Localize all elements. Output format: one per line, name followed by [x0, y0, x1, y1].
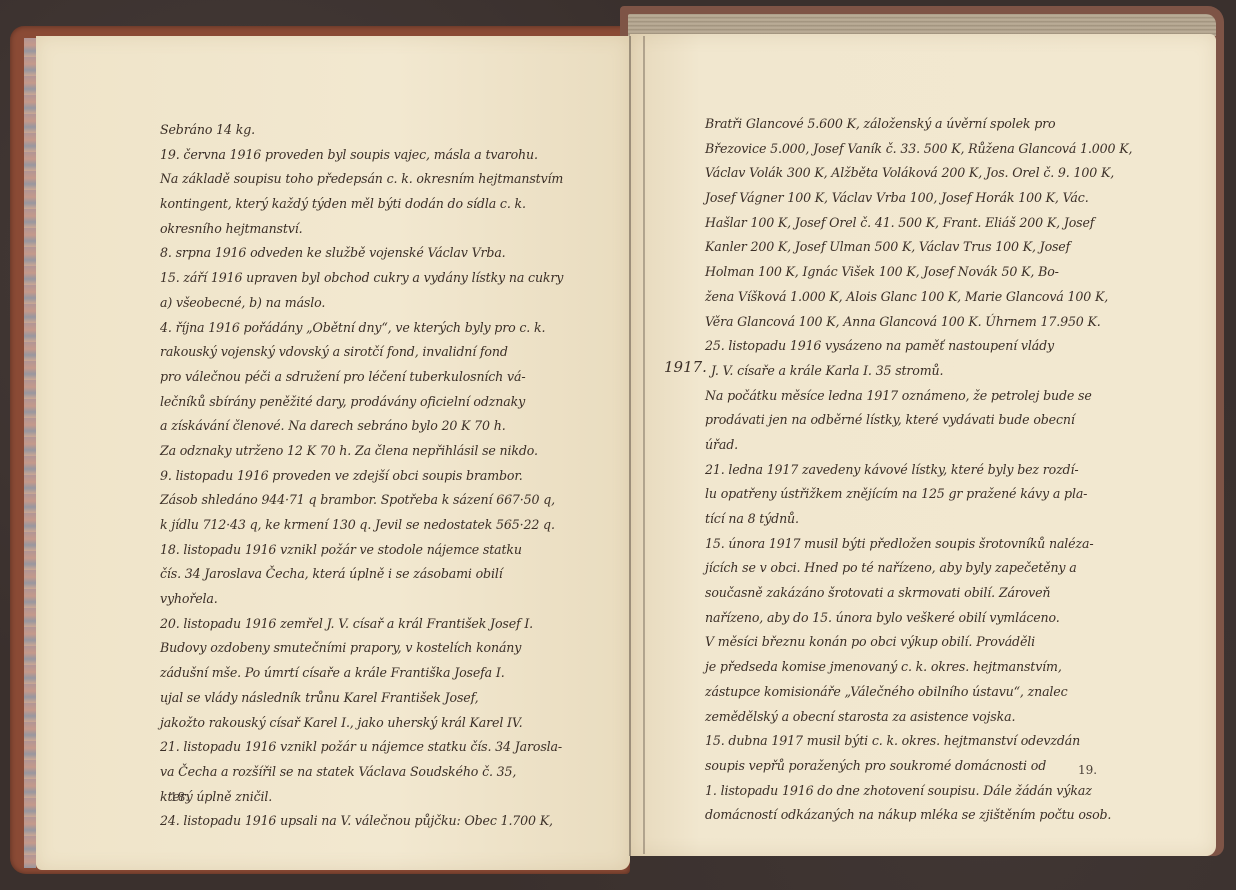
- text-line: ujal se vlády následník trůnu Karel Fran…: [160, 686, 580, 711]
- text-line: 19. června 1916 proveden byl soupis vaje…: [160, 143, 580, 168]
- text-line: J. V. císaře a krále Karla I. 35 stromů.: [705, 359, 1115, 384]
- text-line: čís. 34 Jaroslava Čecha, která úplně i s…: [160, 562, 580, 587]
- text-line: soupis vepřů poražených pro soukromé dom…: [705, 754, 1115, 779]
- text-line: a) všeobecné, b) na máslo.: [160, 291, 580, 316]
- text-line: Na počátku měsíce ledna 1917 oznámeno, ž…: [705, 384, 1115, 409]
- text-line: jících se v obci. Hned po té nařízeno, a…: [705, 556, 1115, 581]
- text-line: Václav Volák 300 K, Alžběta Voláková 200…: [705, 161, 1115, 186]
- gutter-fold-line: [643, 36, 645, 854]
- text-line: Věra Glancová 100 K, Anna Glancová 100 K…: [705, 310, 1115, 335]
- text-line: 20. listopadu 1916 zemřel J. V. císař a …: [160, 612, 580, 637]
- text-line: 15. dubna 1917 musil býti c. k. okres. h…: [705, 729, 1115, 754]
- text-line: Za odznaky utrženo 12 K 70 h. Za člena n…: [160, 439, 580, 464]
- text-line: a získávání členové. Na darech sebráno b…: [160, 414, 580, 439]
- page-number-right: 19.: [1078, 763, 1097, 777]
- text-line: úřad.: [705, 433, 1115, 458]
- text-line: V měsíci březnu konán po obci výkup obil…: [705, 630, 1115, 655]
- text-line: je předseda komise jmenovaný c. k. okres…: [705, 655, 1115, 680]
- text-line: 15. září 1916 upraven byl obchod cukry a…: [160, 266, 580, 291]
- text-line: 25. listopadu 1916 vysázeno na paměť nas…: [705, 334, 1115, 359]
- text-line: Sebráno 14 kg.: [160, 118, 580, 143]
- text-line: Na základě soupisu toho předepsán c. k. …: [160, 167, 580, 192]
- text-line: 4. října 1916 pořádány „Obětní dny“, ve …: [160, 316, 580, 341]
- text-line: Hašlar 100 K, Josef Orel č. 41. 500 K, F…: [705, 211, 1115, 236]
- text-line: Zásob shledáno 944·71 q brambor. Spotřeb…: [160, 488, 580, 513]
- text-line: lu opatřeny ústřižkem znějícím na 125 gr…: [705, 482, 1115, 507]
- text-line: Josef Vágner 100 K, Václav Vrba 100, Jos…: [705, 186, 1115, 211]
- page-number-left: 18.: [170, 790, 189, 804]
- right-page-text: Bratři Glancové 5.600 K, záloženský a úv…: [705, 112, 1115, 828]
- text-line: zástupce komisionáře „Válečného obilního…: [705, 680, 1115, 705]
- text-line: zemědělský a obecní starosta za asistenc…: [705, 705, 1115, 730]
- text-line: 1. listopadu 1916 do dne zhotovení soupi…: [705, 779, 1115, 804]
- text-line: pro válečnou péči a sdružení pro léčení …: [160, 365, 580, 390]
- text-line: který úplně zničil.: [160, 785, 580, 810]
- text-line: domácností odkázaných na nákup mléka se …: [705, 803, 1115, 828]
- text-line: vyhořela.: [160, 587, 580, 612]
- text-line: žena Víšková 1.000 K, Alois Glanc 100 K,…: [705, 285, 1115, 310]
- text-line: lečníků sbírány peněžité dary, prodávány…: [160, 390, 580, 415]
- text-line: 24. listopadu 1916 upsali na V. válečnou…: [160, 809, 580, 834]
- text-line: rakouský vojenský vdovský a sirotčí fond…: [160, 340, 580, 365]
- year-margin-marker: 1917.: [664, 358, 707, 376]
- text-line: současně zakázáno šrotovati a skrmovati …: [705, 581, 1115, 606]
- gutter-fold-line: [629, 36, 631, 856]
- text-line: 21. listopadu 1916 vznikl požár u nájemc…: [160, 735, 580, 760]
- text-line: 21. ledna 1917 zavedeny kávové lístky, k…: [705, 458, 1115, 483]
- text-line: nařízeno, aby do 15. února bylo veškeré …: [705, 606, 1115, 631]
- text-line: 8. srpna 1916 odveden ke službě vojenské…: [160, 241, 580, 266]
- page-block-edges: [628, 14, 1216, 36]
- text-line: Holman 100 K, Ignác Višek 100 K, Josef N…: [705, 260, 1115, 285]
- text-line: 9. listopadu 1916 proveden ve zdejší obc…: [160, 464, 580, 489]
- text-line: okresního hejtmanství.: [160, 217, 580, 242]
- text-line: jakožto rakouský císař Karel I., jako uh…: [160, 711, 580, 736]
- text-line: prodávati jen na odběrné lístky, které v…: [705, 408, 1115, 433]
- text-line: Březovice 5.000, Josef Vaník č. 33. 500 …: [705, 137, 1115, 162]
- text-line: kontingent, který každý týden měl býti d…: [160, 192, 580, 217]
- left-page-text: Sebráno 14 kg. 19. června 1916 proveden …: [160, 118, 580, 834]
- text-line: 15. února 1917 musil býti předložen soup…: [705, 532, 1115, 557]
- text-line: zádušní mše. Po úmrtí císaře a krále Fra…: [160, 661, 580, 686]
- text-line: va Čecha a rozšířil se na statek Václava…: [160, 760, 580, 785]
- text-line: Budovy ozdobeny smutečními prapory, v ko…: [160, 636, 580, 661]
- text-line: tící na 8 týdnů.: [705, 507, 1115, 532]
- text-line: Kanler 200 K, Josef Ulman 500 K, Václav …: [705, 235, 1115, 260]
- marbled-endpaper-edge: [24, 38, 36, 868]
- text-line: Bratři Glancové 5.600 K, záloženský a úv…: [705, 112, 1115, 137]
- text-line: 18. listopadu 1916 vznikl požár ve stodo…: [160, 538, 580, 563]
- text-line: k jídlu 712·43 q, ke krmení 130 q. Jevil…: [160, 513, 580, 538]
